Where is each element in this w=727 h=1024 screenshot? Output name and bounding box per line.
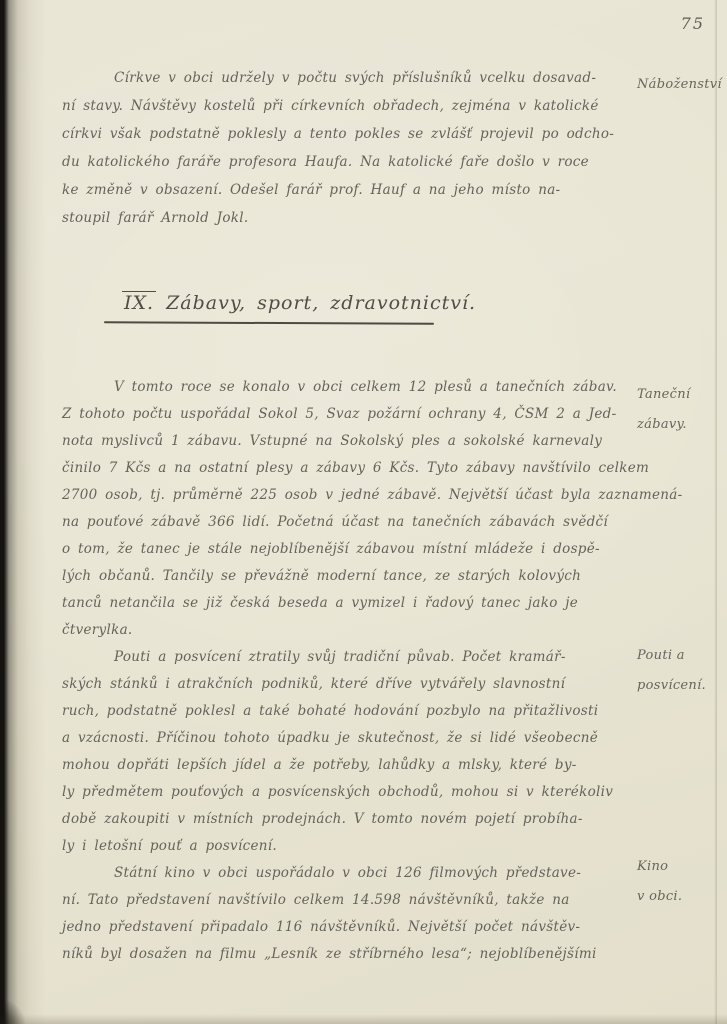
handwritten-line: jedno představení připadalo 116 návštěvn… (62, 914, 654, 941)
handwritten-line: níků byl dosažen na filmu „Lesník ze stř… (62, 941, 654, 968)
paragraph-fairs: Pouti a posvícení ztratily svůj tradiční… (62, 644, 654, 860)
paragraph-dance-events: V tomto roce se konalo v obci celkem 12 … (62, 374, 654, 644)
handwritten-line: ských stánků i atrakčních podniků, které… (62, 671, 654, 698)
handwritten-line: Pouti a posvícení ztratily svůj tradiční… (62, 644, 654, 671)
paragraph-cinema: Státní kino v obci uspořádalo v obci 126… (62, 860, 654, 968)
chapter-heading: IX.Zábavy, sport, zdravotnictví. (122, 292, 476, 314)
handwritten-line: církvi však podstatně poklesly a tento p… (62, 120, 654, 148)
handwritten-line: nota myslivců 1 zábavu. Vstupné na Sokol… (62, 428, 654, 455)
main-text-flow: V tomto roce se konalo v obci celkem 12 … (62, 374, 654, 968)
handwritten-line: o tom, že tanec je stále nejoblíbenější … (62, 536, 654, 563)
handwritten-line: době zakoupiti v místních prodejnách. V … (62, 806, 654, 833)
handwritten-line: lých občanů. Tančily se převážně moderní… (62, 563, 654, 590)
handwritten-line: ly i letošní pouť a posvícení. (62, 833, 654, 860)
margin-note-fairs: Pouti aposvícení. (637, 641, 725, 701)
chronicle-page: 75 Církve v obci udržely v počtu svých p… (0, 0, 727, 1024)
handwritten-line: V tomto roce se konalo v obci celkem 12 … (62, 374, 654, 401)
margin-note-religion: Náboženství (637, 70, 725, 100)
handwritten-line: ke změně v obsazení. Odešel farář prof. … (62, 176, 654, 204)
handwritten-line: ní stavy. Návštěvy kostelů při církevníc… (62, 92, 654, 120)
handwritten-line: zábavy. (637, 410, 725, 440)
handwritten-line: Státní kino v obci uspořádalo v obci 126… (62, 860, 654, 887)
margin-note-dance-events: Tanečnízábavy. (637, 380, 725, 440)
handwritten-line: Náboženství (637, 70, 725, 100)
handwritten-line: ruch, podstatně poklesl a také bohaté ho… (62, 698, 654, 725)
handwritten-line: čtverylka. (62, 617, 654, 644)
handwritten-line: Církve v obci udržely v počtu svých přís… (62, 64, 654, 92)
handwritten-line: ly předmětem pouťových a posvícenských o… (62, 779, 654, 806)
handwritten-line: Taneční (637, 380, 725, 410)
handwritten-line: 2700 osob, tj. průměrně 225 osob v jedné… (62, 482, 654, 509)
handwritten-line: Z tohoto počtu uspořádal Sokol 5, Svaz p… (62, 401, 654, 428)
chapter-numeral: IX. (122, 291, 156, 314)
handwritten-line: posvícení. (637, 671, 725, 701)
handwritten-line: činilo 7 Kčs a na ostatní plesy a zábavy… (62, 455, 654, 482)
paragraph-religion: Církve v obci udržely v počtu svých přís… (62, 64, 654, 232)
page-bottom-edge (0, 1014, 727, 1024)
handwritten-line: Kino (637, 852, 725, 882)
heading-underline (104, 321, 434, 324)
page-number: 75 (681, 14, 705, 33)
handwritten-line: ní. Tato představení navštívilo celkem 1… (62, 887, 654, 914)
chapter-title: Zábavy, sport, zdravotnictví. (166, 292, 476, 314)
handwritten-line: tanců netančila se již česká beseda a vy… (62, 590, 654, 617)
handwritten-line: v obci. (637, 882, 725, 912)
handwritten-line: stoupil farář Arnold Jokl. (62, 204, 654, 232)
handwritten-line: na pouťové zábavě 366 lidí. Početná účas… (62, 509, 654, 536)
book-binding-gutter (0, 0, 46, 1024)
handwritten-line: a vzácnosti. Příčinou tohoto úpadku je s… (62, 725, 654, 752)
handwritten-line: mohou dopřáti lepších jídel a že potřeby… (62, 752, 654, 779)
page-corner-shadow (0, 998, 26, 1024)
handwritten-line: Pouti a (637, 641, 725, 671)
margin-note-cinema: Kinov obci. (637, 852, 725, 912)
handwritten-line: du katolického faráře profesora Haufa. N… (62, 148, 654, 176)
